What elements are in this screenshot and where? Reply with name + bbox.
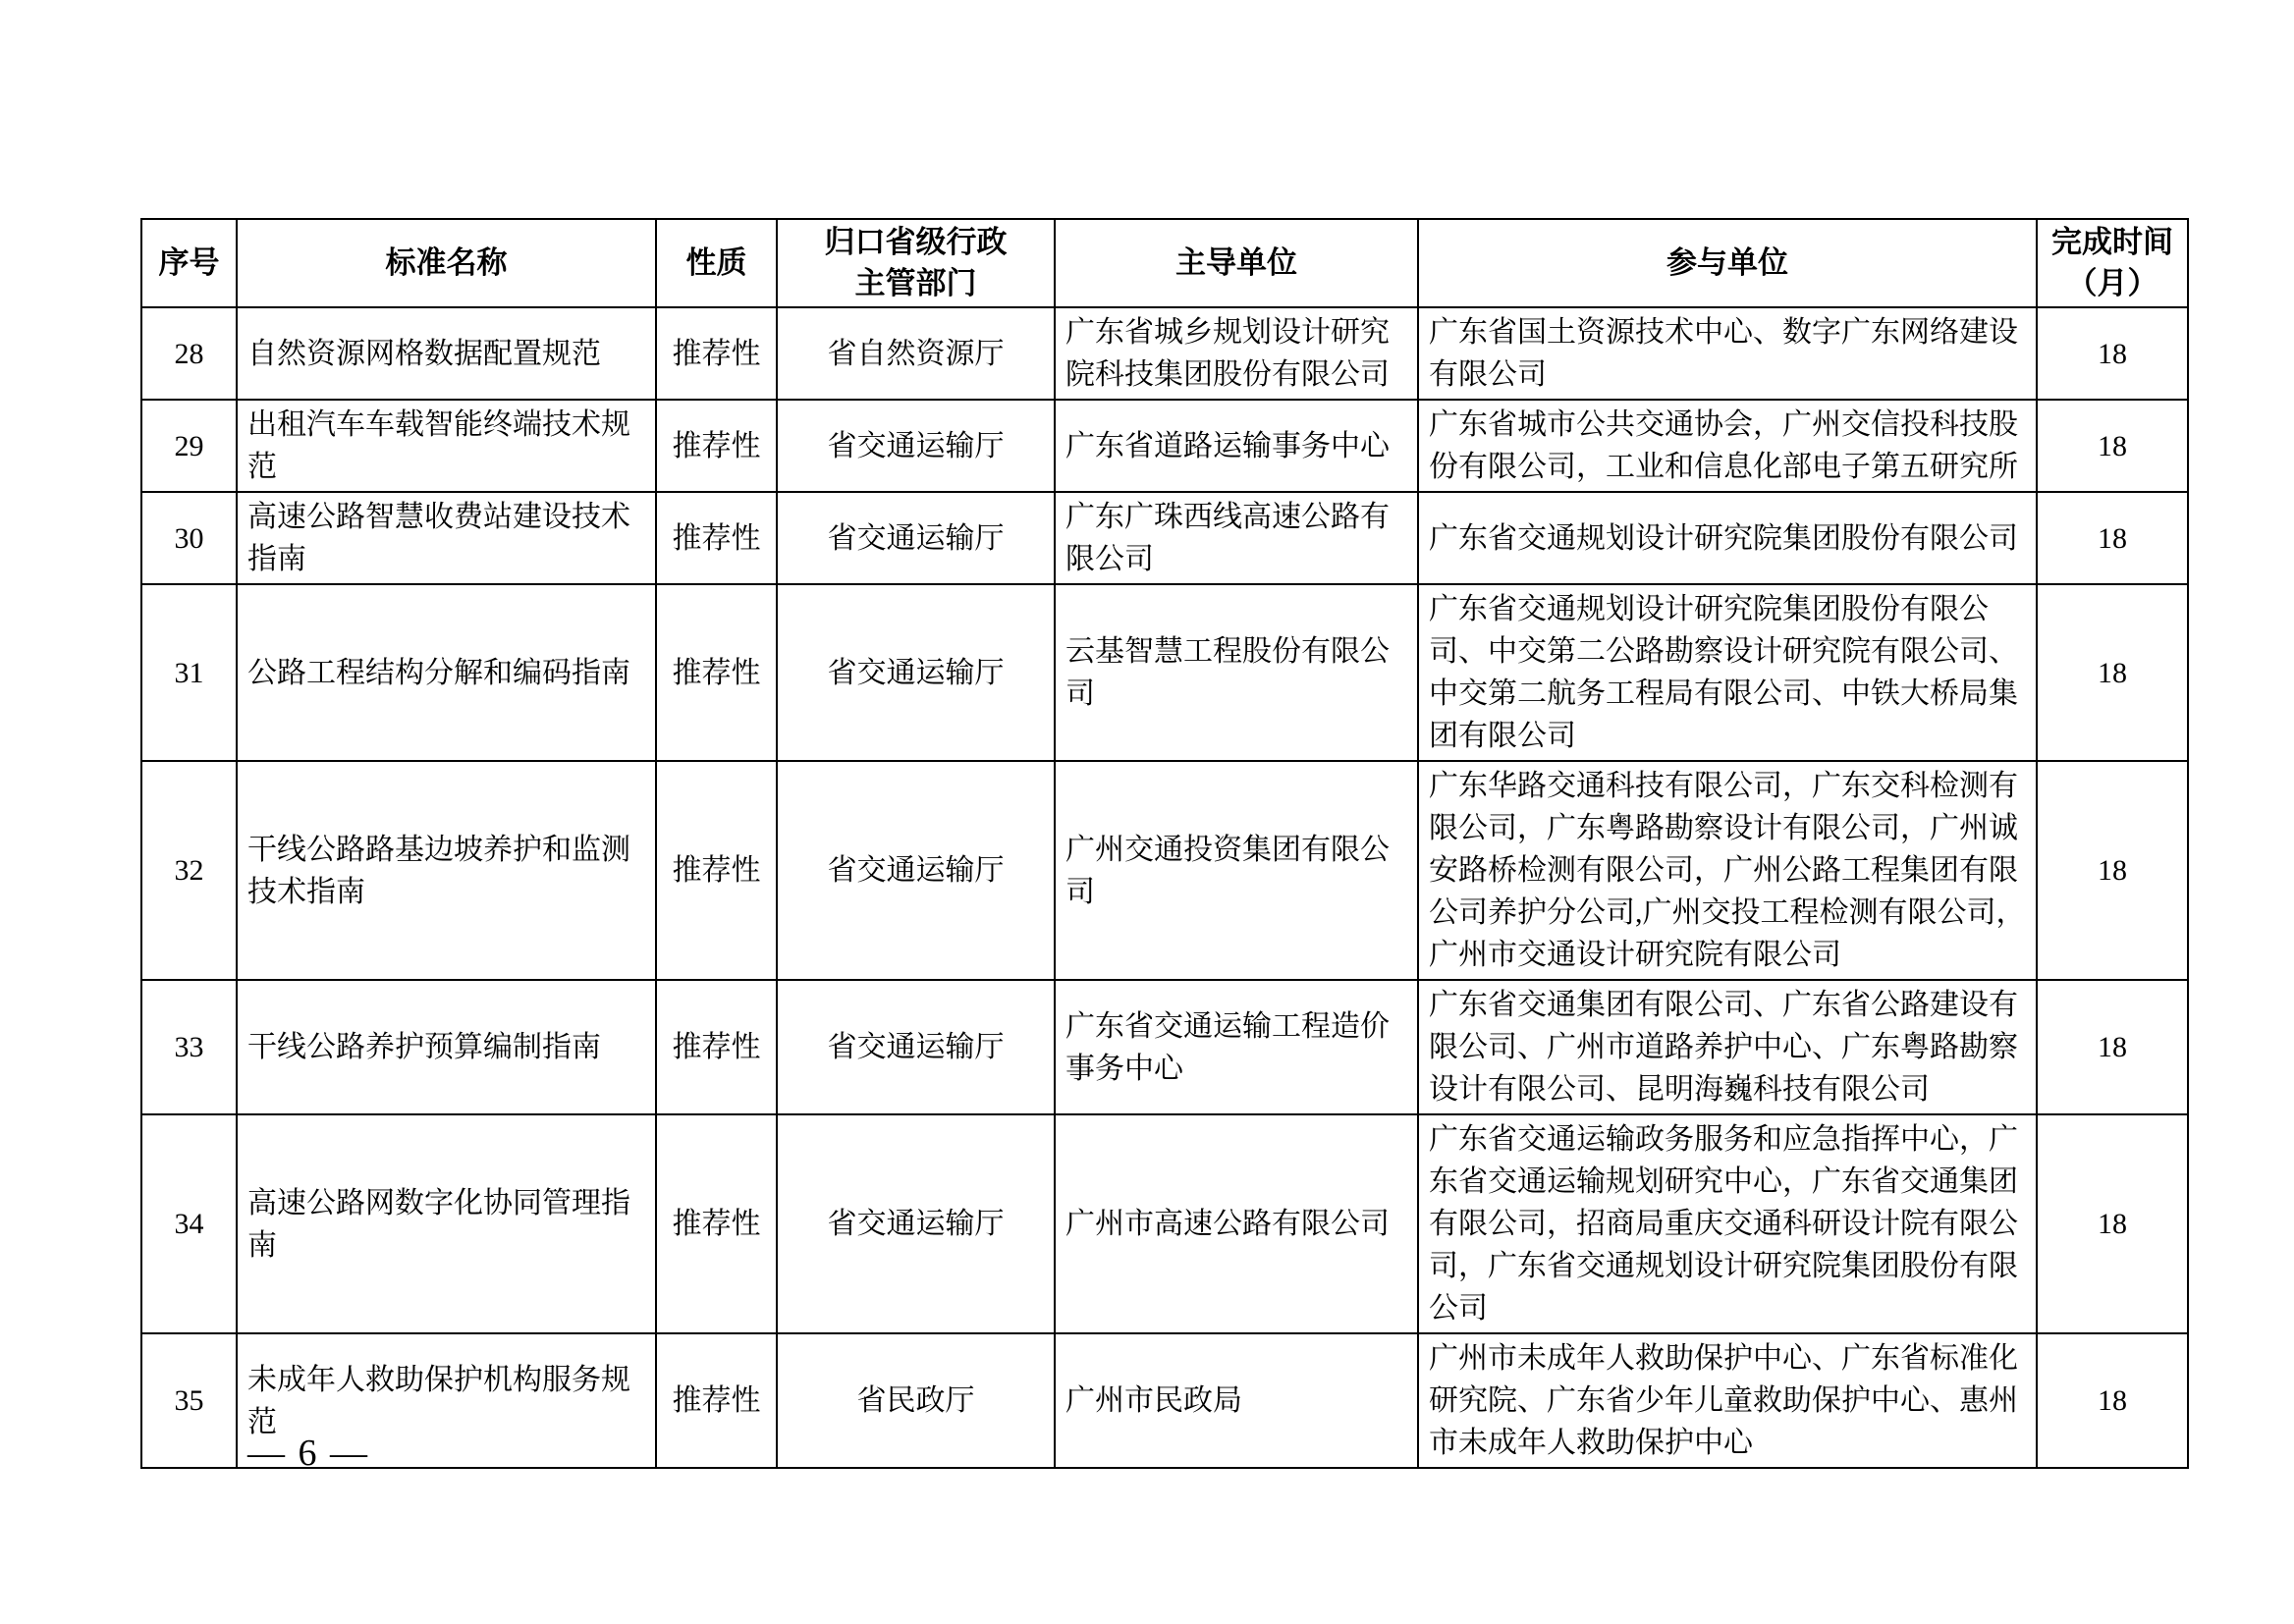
table-header-row: 序号 标准名称 性质 归口省级行政 主管部门 主导单位 参与单位 完成时间 （月… [141,219,2188,307]
cell-participating-units: 广州市未成年人救助保护中心、广东省标准化研究院、广东省少年儿童救助保护中心、惠州… [1418,1333,2037,1468]
cell-nature: 推荐性 [656,980,777,1114]
cell-completion-time: 18 [2037,307,2188,400]
table-row: 29 出租汽车车载智能终端技术规范 推荐性 省交通运输厅 广东省道路运输事务中心… [141,400,2188,492]
cell-nature: 推荐性 [656,307,777,400]
cell-admin-department: 省自然资源厅 [777,307,1055,400]
cell-nature: 推荐性 [656,584,777,761]
cell-lead-unit: 广州市民政局 [1055,1333,1418,1468]
cell-nature: 推荐性 [656,400,777,492]
cell-lead-unit: 广州交通投资集团有限公司 [1055,761,1418,980]
header-standard-name: 标准名称 [237,219,656,307]
cell-standard-name: 自然资源网格数据配置规范 [237,307,656,400]
cell-completion-time: 18 [2037,980,2188,1114]
cell-participating-units: 广东省交通规划设计研究院集团股份有限公司、中交第二公路勘察设计研究院有限公司、中… [1418,584,2037,761]
cell-serial-number: 29 [141,400,237,492]
cell-nature: 推荐性 [656,1333,777,1468]
header-nature: 性质 [656,219,777,307]
header-lead-unit: 主导单位 [1055,219,1418,307]
page-number: — 6 — [247,1432,369,1475]
table-row: 34 高速公路网数字化协同管理指南 推荐性 省交通运输厅 广州市高速公路有限公司… [141,1114,2188,1333]
table-row: 32 干线公路路基边坡养护和监测技术指南 推荐性 省交通运输厅 广州交通投资集团… [141,761,2188,980]
cell-nature: 推荐性 [656,761,777,980]
cell-standard-name: 公路工程结构分解和编码指南 [237,584,656,761]
cell-serial-number: 35 [141,1333,237,1468]
standards-table: 序号 标准名称 性质 归口省级行政 主管部门 主导单位 参与单位 完成时间 （月… [140,218,2189,1469]
cell-lead-unit: 广东省交通运输工程造价事务中心 [1055,980,1418,1114]
cell-admin-department: 省交通运输厅 [777,584,1055,761]
cell-standard-name: 干线公路路基边坡养护和监测技术指南 [237,761,656,980]
cell-serial-number: 33 [141,980,237,1114]
cell-standard-name: 出租汽车车载智能终端技术规范 [237,400,656,492]
cell-nature: 推荐性 [656,1114,777,1333]
cell-admin-department: 省交通运输厅 [777,1114,1055,1333]
cell-lead-unit: 广东省城乡规划设计研究院科技集团股份有限公司 [1055,307,1418,400]
table-row: 33 干线公路养护预算编制指南 推荐性 省交通运输厅 广东省交通运输工程造价事务… [141,980,2188,1114]
document-page: 序号 标准名称 性质 归口省级行政 主管部门 主导单位 参与单位 完成时间 （月… [0,0,2294,1624]
cell-participating-units: 广东省国土资源技术中心、数字广东网络建设有限公司 [1418,307,2037,400]
cell-standard-name: 高速公路网数字化协同管理指南 [237,1114,656,1333]
cell-serial-number: 31 [141,584,237,761]
table-row: 28 自然资源网格数据配置规范 推荐性 省自然资源厅 广东省城乡规划设计研究院科… [141,307,2188,400]
cell-completion-time: 18 [2037,1114,2188,1333]
cell-completion-time: 18 [2037,584,2188,761]
table-row: 31 公路工程结构分解和编码指南 推荐性 省交通运输厅 云基智慧工程股份有限公司… [141,584,2188,761]
cell-serial-number: 30 [141,492,237,584]
cell-admin-department: 省交通运输厅 [777,980,1055,1114]
cell-standard-name: 干线公路养护预算编制指南 [237,980,656,1114]
cell-admin-department: 省交通运输厅 [777,492,1055,584]
cell-participating-units: 广东省交通规划设计研究院集团股份有限公司 [1418,492,2037,584]
cell-admin-department: 省民政厅 [777,1333,1055,1468]
header-serial-number: 序号 [141,219,237,307]
cell-participating-units: 广东省交通集团有限公司、广东省公路建设有限公司、广州市道路养护中心、广东粤路勘察… [1418,980,2037,1114]
cell-participating-units: 广东省城市公共交通协会，广州交信投科技股份有限公司，工业和信息化部电子第五研究所 [1418,400,2037,492]
cell-lead-unit: 广东省道路运输事务中心 [1055,400,1418,492]
cell-completion-time: 18 [2037,400,2188,492]
cell-admin-department: 省交通运输厅 [777,761,1055,980]
table-row: 35 未成年人救助保护机构服务规范 推荐性 省民政厅 广州市民政局 广州市未成年… [141,1333,2188,1468]
cell-lead-unit: 广东广珠西线高速公路有限公司 [1055,492,1418,584]
header-completion-time: 完成时间 （月） [2037,219,2188,307]
table-row: 30 高速公路智慧收费站建设技术指南 推荐性 省交通运输厅 广东广珠西线高速公路… [141,492,2188,584]
cell-serial-number: 32 [141,761,237,980]
cell-standard-name: 高速公路智慧收费站建设技术指南 [237,492,656,584]
cell-completion-time: 18 [2037,492,2188,584]
cell-completion-time: 18 [2037,761,2188,980]
header-admin-department: 归口省级行政 主管部门 [777,219,1055,307]
cell-serial-number: 28 [141,307,237,400]
cell-participating-units: 广东华路交通科技有限公司，广东交科检测有限公司，广东粤路勘察设计有限公司，广州诚… [1418,761,2037,980]
cell-serial-number: 34 [141,1114,237,1333]
cell-participating-units: 广东省交通运输政务服务和应急指挥中心，广东省交通运输规划研究中心，广东省交通集团… [1418,1114,2037,1333]
cell-completion-time: 18 [2037,1333,2188,1468]
cell-nature: 推荐性 [656,492,777,584]
cell-lead-unit: 广州市高速公路有限公司 [1055,1114,1418,1333]
header-participating-units: 参与单位 [1418,219,2037,307]
cell-lead-unit: 云基智慧工程股份有限公司 [1055,584,1418,761]
cell-admin-department: 省交通运输厅 [777,400,1055,492]
